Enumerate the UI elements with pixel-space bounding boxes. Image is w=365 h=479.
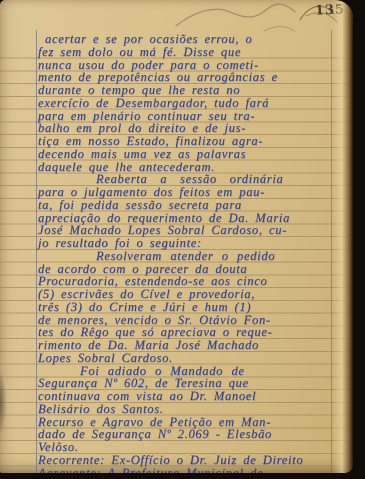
manuscript-line: continuava com vista ao Dr. Manoel <box>38 390 346 403</box>
manuscript-line: três (3) do Crime e Júri e hum (1) <box>38 301 346 314</box>
notebook-paper: 135 acertar e se por ocasiões errou, o f… <box>0 0 353 473</box>
manuscript-line: rimento de Da. Maria José Machado <box>38 339 346 352</box>
manuscript-line: Recorrente: Ex-Offício o Dr. Juiz de Dir… <box>38 454 346 467</box>
manuscript-line: durante o tempo que lhe resta no <box>38 84 346 97</box>
manuscript-line: exercício de Desembargador, tudo fará <box>38 97 346 110</box>
page-edge-curl <box>333 0 353 473</box>
manuscript-line: Belisário dos Santos. <box>38 403 346 416</box>
manuscript-line: Resolveram atender o pedido <box>38 250 346 263</box>
manuscript-line: Velôso. <box>38 441 346 454</box>
manuscript-line: Lopes Sobral Cardoso. <box>38 352 346 365</box>
manuscript-line: ta, foi pedida sessão secreta para <box>38 199 346 212</box>
manuscript-line: (5) escrivães do Cível e provedoria, <box>38 288 346 301</box>
manuscript-line: tiça em nosso Estado, finalizou agra- <box>38 135 346 148</box>
manuscript-text: acertar e se por ocasiões errou, o fez s… <box>38 33 346 473</box>
left-margin-rule <box>36 30 37 473</box>
manuscript-line: Agravante: A Prefeitura Municipal de <box>38 467 346 474</box>
manuscript-line: fez sem dolo ou má fé. Disse que <box>38 46 346 59</box>
scanned-manuscript-page: 135 acertar e se por ocasiões errou, o f… <box>0 0 365 479</box>
manuscript-line: decendo mais uma vez as palavras <box>38 148 346 161</box>
manuscript-line: jo resultado foi o seguinte: <box>38 237 346 250</box>
manuscript-line: para o julgamento dos feitos em pau- <box>38 186 346 199</box>
manuscript-line: dado de Segurança Nº 2.069 - Elesbão <box>38 428 346 441</box>
edge-shadow <box>0 368 7 438</box>
manuscript-line: acertar e se por ocasiões errou, o <box>38 33 346 46</box>
